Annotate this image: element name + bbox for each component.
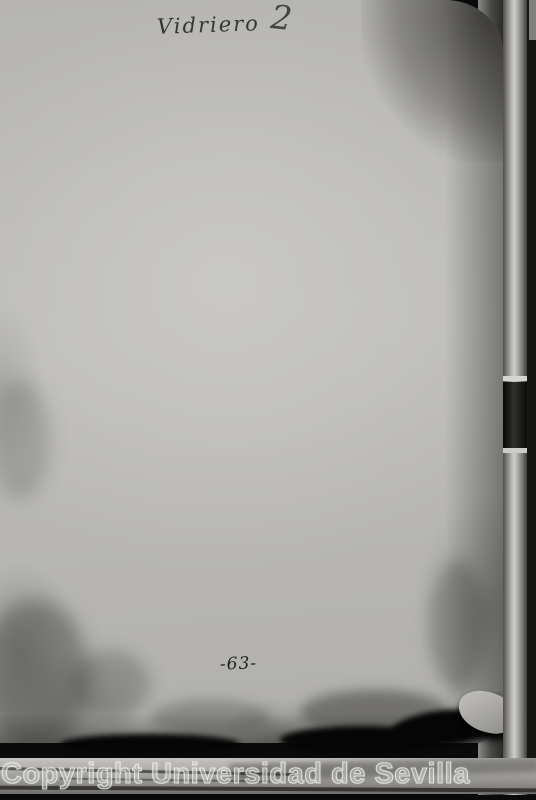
binding-rod: [503, 0, 527, 795]
photo-right-edge: [527, 0, 536, 795]
rod-joint: [503, 376, 527, 381]
page-corner-shadow: [361, 0, 503, 162]
header-flourish: 2: [269, 0, 294, 38]
rod-joint: [503, 448, 527, 453]
manuscript-page: [0, 0, 503, 743]
shadow-blob: [60, 734, 240, 754]
photo-right-edge-highlight: [529, 0, 536, 40]
header-annotation: Vidriero: [157, 11, 261, 39]
paper-stain: [0, 380, 50, 500]
binding-rod-dark-band: [503, 382, 527, 448]
page-number: -63-: [220, 653, 258, 674]
archival-photo: Vidriero 2 -63- Copyright Universidad de…: [0, 0, 536, 800]
paper-stain: [70, 650, 150, 720]
copyright-text: Copyright Universidad de Sevilla: [1, 756, 536, 792]
